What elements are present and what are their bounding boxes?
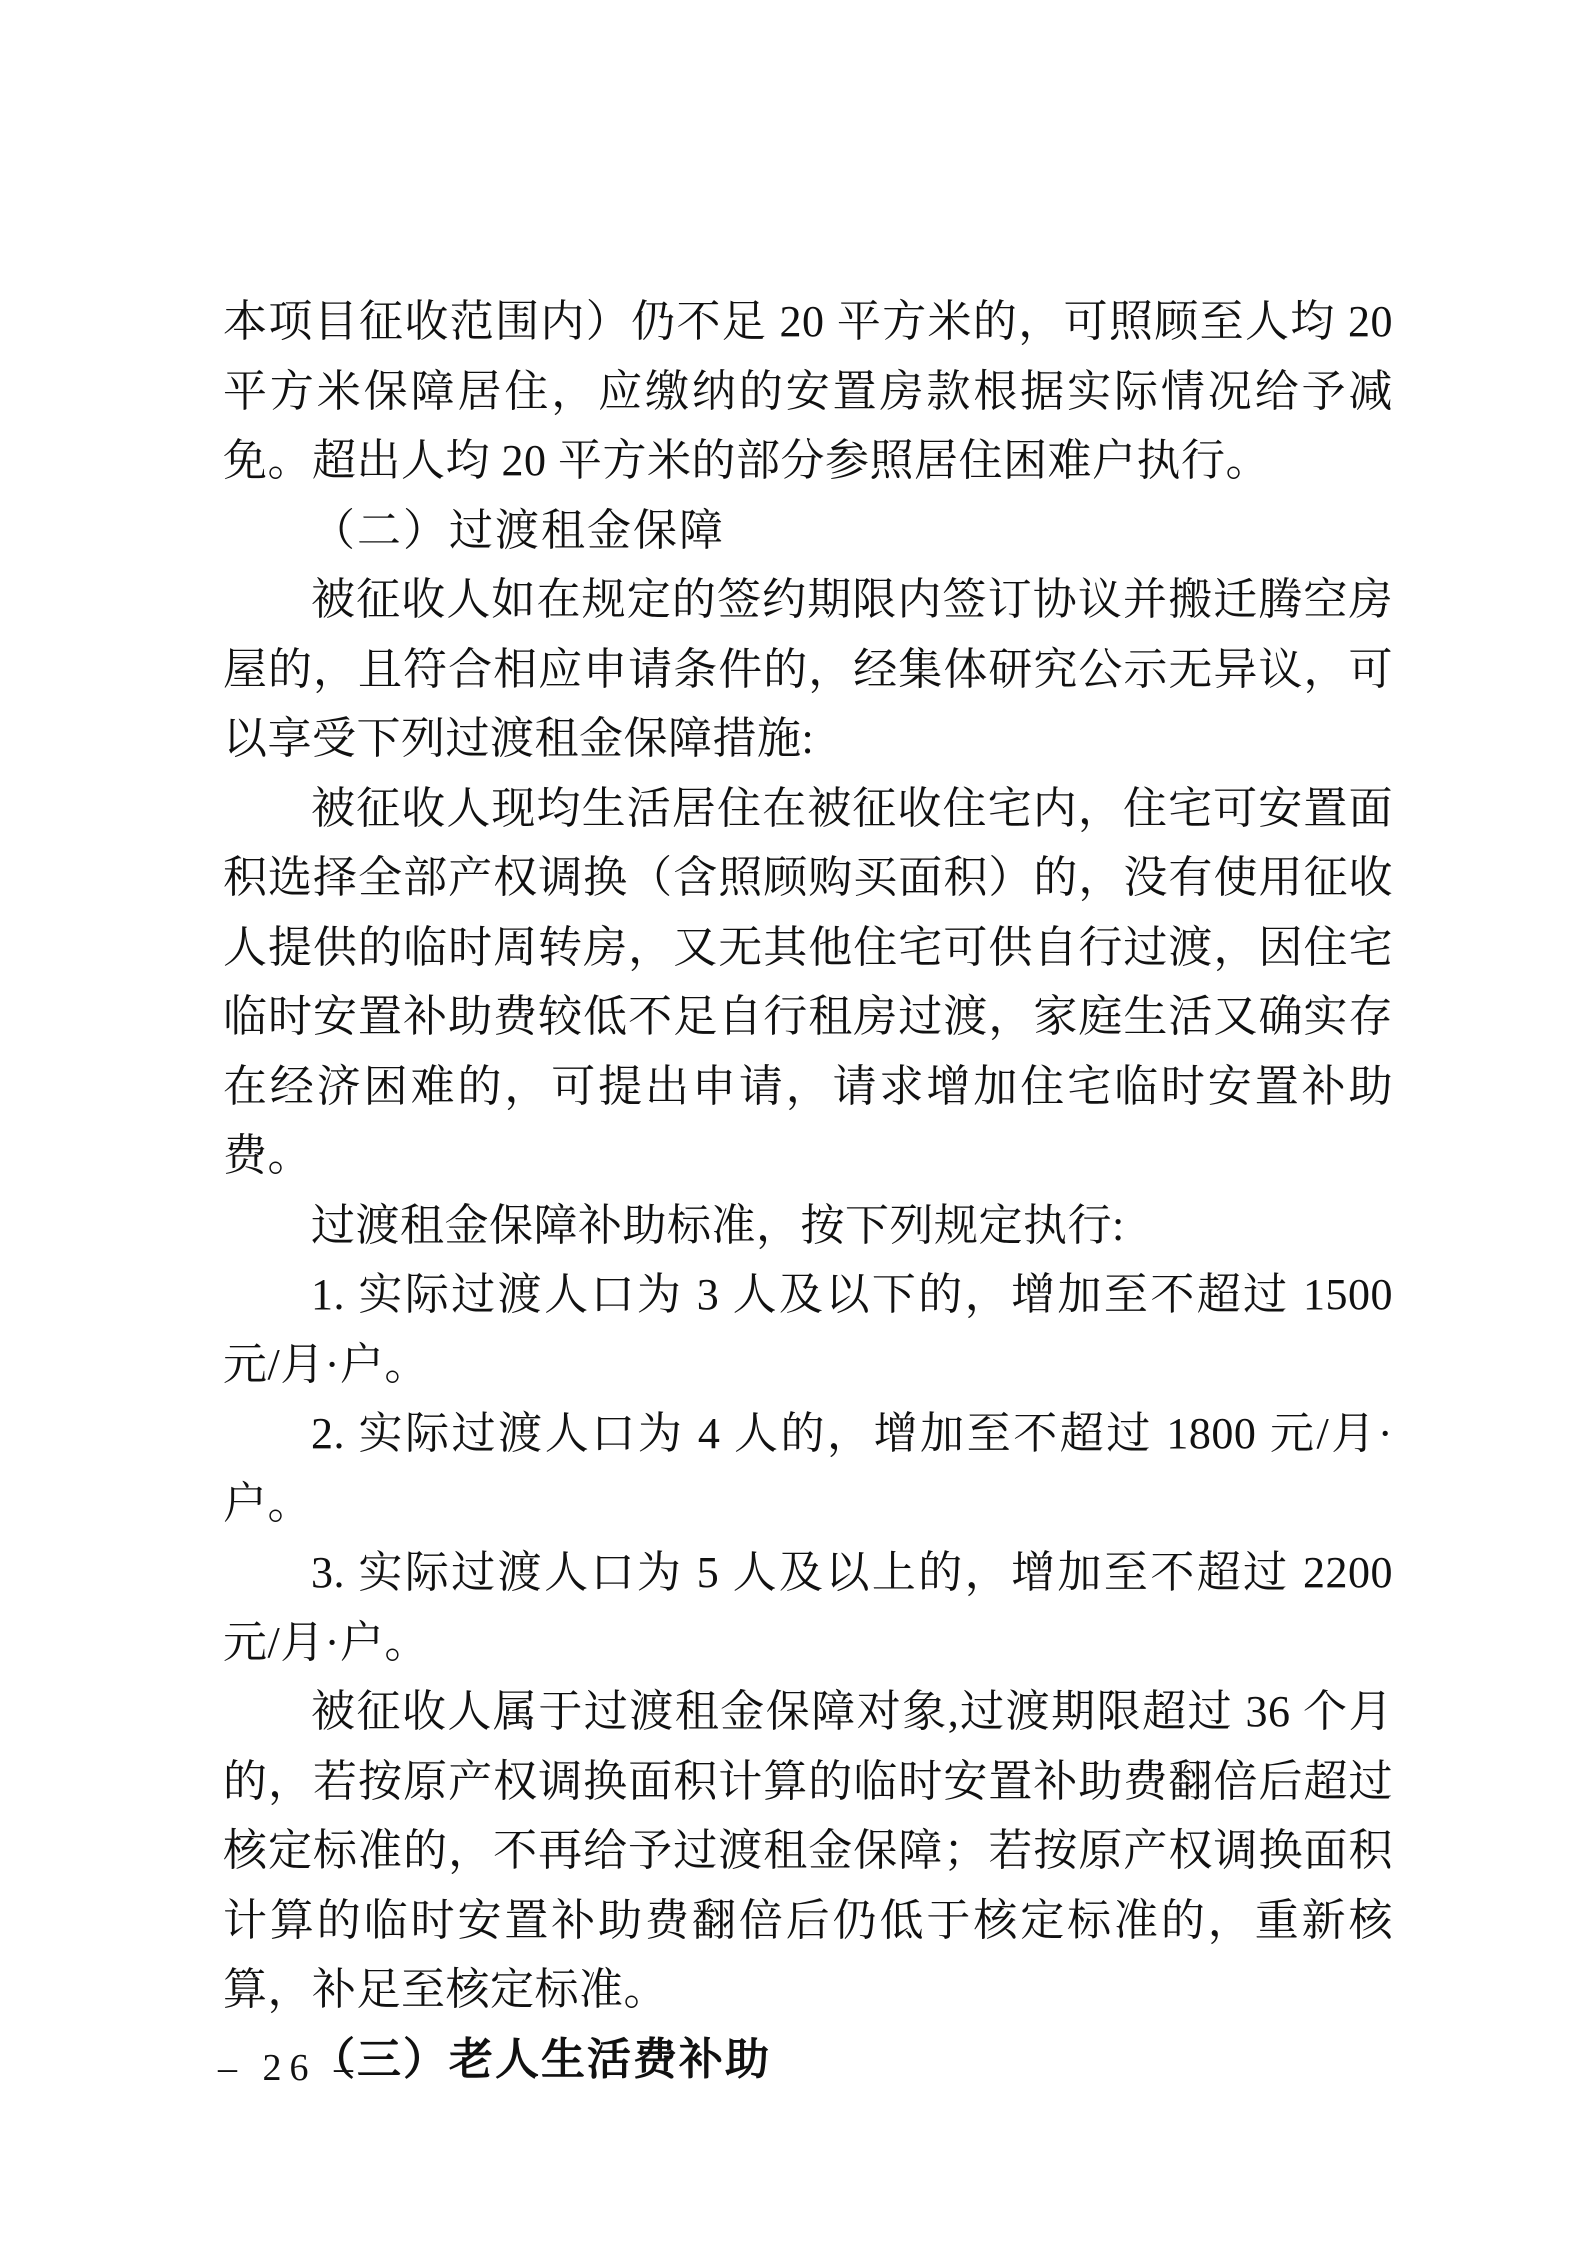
section-heading: （二）过渡租金保障 (223, 496, 1393, 566)
paragraph: 3. 实际过渡人口为 5 人及以上的，增加至不超过 2200 元/月·户。 (223, 1538, 1393, 1677)
paragraph: 被征收人如在规定的签约期限内签订协议并搬迁腾空房屋的，且符合相应申请条件的，经集… (223, 565, 1393, 774)
paragraph: 本项目征收范围内）仍不足 20 平方米的，可照顾至人均 20 平方米保障居住，应… (223, 287, 1393, 496)
page-number: – 26 – (218, 2044, 361, 2092)
paragraph: 过渡租金保障补助标准，按下列规定执行: (223, 1191, 1393, 1261)
paragraph: 2. 实际过渡人口为 4 人的，增加至不超过 1800 元/月·户。 (223, 1399, 1393, 1538)
paragraph: 被征收人属于过渡租金保障对象,过渡期限超过 36 个月的，若按原产权调换面积计算… (223, 1677, 1393, 2025)
document-body: 本项目征收范围内）仍不足 20 平方米的，可照顾至人均 20 平方米保障居住，应… (223, 287, 1393, 2094)
paragraph: 1. 实际过渡人口为 3 人及以下的，增加至不超过 1500 元/月·户。 (223, 1260, 1393, 1399)
section-heading: （三）老人生活费补助 (223, 2025, 1393, 2095)
paragraph: 被征收人现均生活居住在被征收住宅内，住宅可安置面积选择全部产权调换（含照顾购买面… (223, 774, 1393, 1191)
document-page: 本项目征收范围内）仍不足 20 平方米的，可照顾至人均 20 平方米保障居住，应… (0, 0, 1587, 2245)
